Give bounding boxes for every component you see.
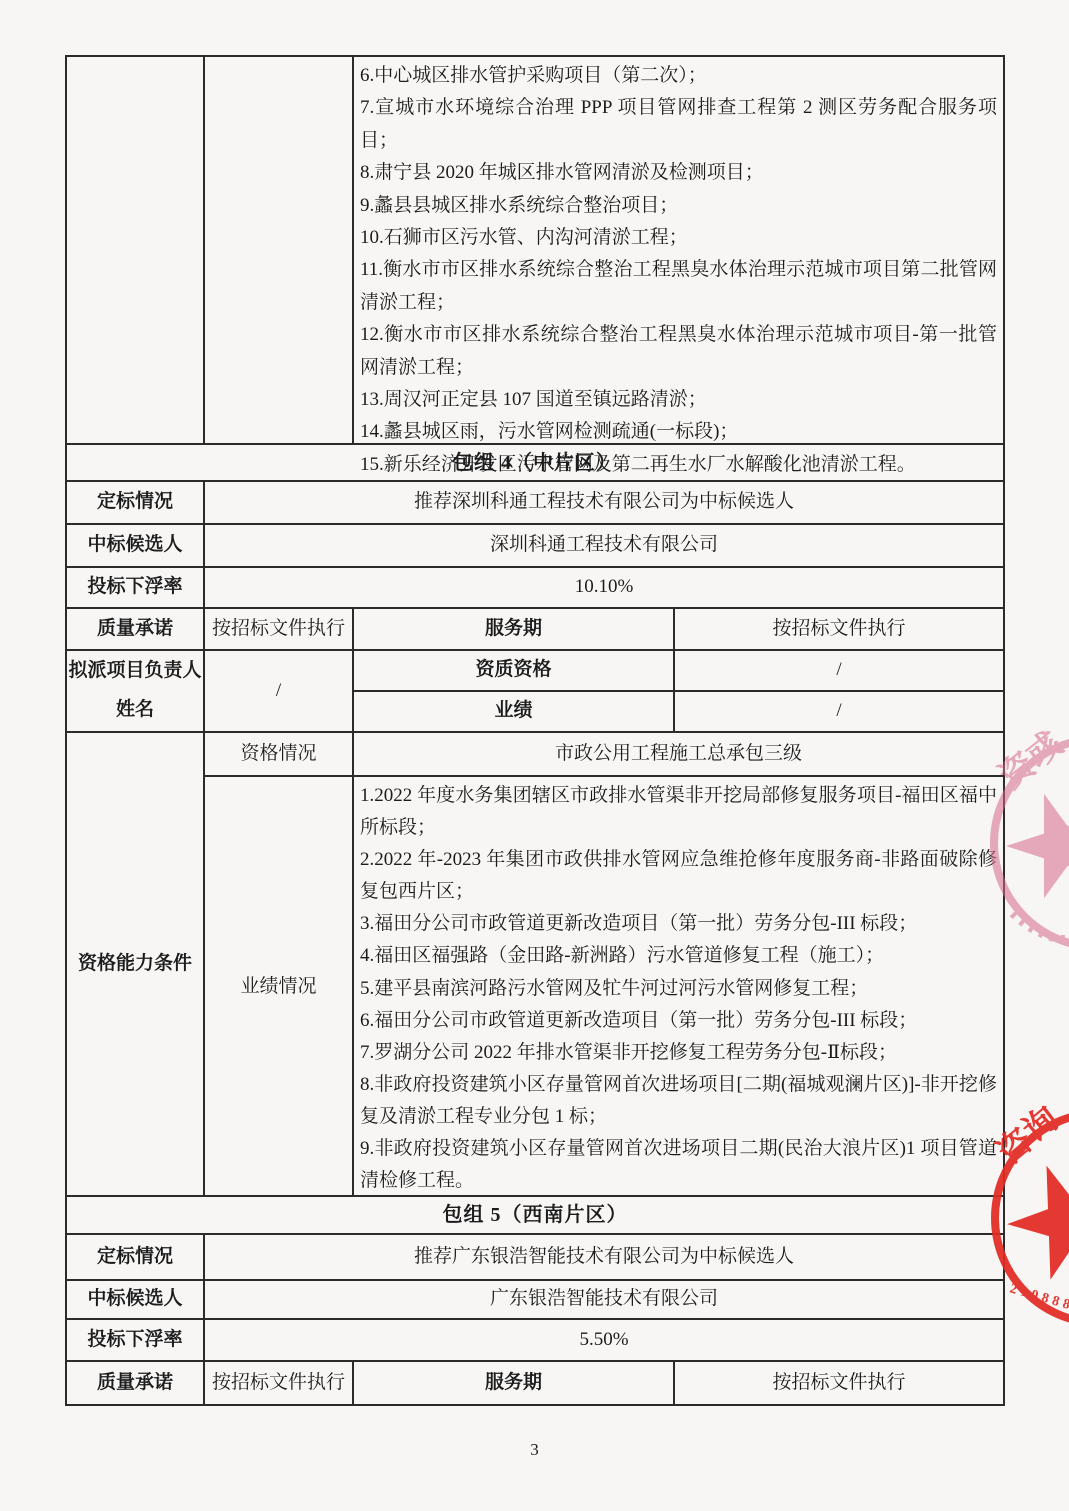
row-label: 定标情况 (67, 1235, 205, 1279)
row-label: 投标下浮率 (67, 1320, 205, 1360)
list-item: 1.2022 年度水务集团辖区市政排水管渠非开挖局部修复服务项目-福田区福中所标… (360, 780, 997, 844)
row-value: / (675, 651, 1003, 690)
table-row: 中标候选人 广东银浩智能技术有限公司 (67, 1281, 1003, 1320)
table-row: 6.中心城区排水管护采购项目（第二次）； 7.宣城市水环境综合治理 PPP 项目… (67, 57, 1003, 445)
seal-number: 210888 (1008, 1281, 1069, 1314)
table-row: 质量承诺 按招标文件执行 服务期 按招标文件执行 (67, 609, 1003, 651)
list-item: 9.非政府投资建筑小区存量管网首次进场项目二期(民治大浪片区)1 项目管道清检修… (360, 1133, 997, 1197)
row-value: 广东银浩智能技术有限公司 (205, 1281, 1003, 1318)
list-item: 7.宣城市水环境综合治理 PPP 项目管网排查工程第 2 测区劳务配合服务项目； (360, 92, 997, 157)
table-row: 投标下浮率 5.50% (67, 1320, 1003, 1362)
row-label: 拟派项目负责人姓名 (67, 651, 205, 731)
row-value: 5.50% (205, 1320, 1003, 1360)
row-value: 按招标文件执行 (675, 1362, 1003, 1404)
row-value: 推荐深圳科通工程技术有限公司为中标候选人 (205, 482, 1003, 523)
list-item: 8.非政府投资建筑小区存量管网首次进场项目[二期(福城观澜片区)]-非开挖修复及… (360, 1069, 997, 1133)
nested-rows: 资格情况 市政公用工程施工总承包三级 业绩情况 1.2022 年度水务集团辖区市… (205, 733, 1003, 1195)
row-sublabel: 资格情况 (205, 733, 354, 775)
row-value: 按招标文件执行 (205, 1362, 354, 1404)
list-item: 5.建平县南滨河路污水管网及牤牛河过河污水管网修复工程； (360, 973, 997, 1005)
list-item: 10.石狮市区污水管、内沟河清淤工程； (360, 222, 997, 254)
row-label: 中标候选人 (67, 1281, 205, 1318)
list-item: 2.2022 年-2023 年集团市政供排水管网应急维抢修年度服务商-非路面破除… (360, 844, 997, 908)
table-row: 中标候选人 深圳科通工程技术有限公司 (67, 525, 1003, 568)
list-item: 3.福田分公司市政管道更新改造项目（第一批）劳务分包-III 标段； (360, 908, 997, 940)
table-row: 定标情况 推荐深圳科通工程技术有限公司为中标候选人 (67, 482, 1003, 525)
list-item: 7.罗湖分公司 2022 年排水管渠非开挖修复工程劳务分包-Ⅱ标段； (360, 1037, 997, 1069)
table-row: 包组 4（中片区） (67, 445, 1003, 482)
row-label: 资格能力条件 (67, 733, 205, 1195)
table-row: 定标情况 推荐广东银浩智能技术有限公司为中标候选人 (67, 1235, 1003, 1281)
list-item: 14.蠡县城区雨，污水管网检测疏通(一标段)； (360, 416, 997, 448)
list-item: 12.衡水市市区排水系统综合整治工程黑臭水体治理示范城市项目-第一批管网清淤工程… (360, 319, 997, 384)
group4-header: 包组 4（中片区） (67, 445, 1003, 480)
row-label: 投标下浮率 (67, 568, 205, 607)
page-number: 3 (0, 1440, 1069, 1460)
row-label: 质量承诺 (67, 609, 205, 649)
list-item: 4.福田区福强路（金田路-新洲路）污水管道修复工程（施工）； (360, 940, 997, 972)
list-item: 13.周汉河正定县 107 国道至镇远路清淤； (360, 384, 997, 416)
table-row: 投标下浮率 10.10% (67, 568, 1003, 609)
table-row: 资质资格 / (354, 651, 1003, 692)
nested-rows: 资质资格 / 业绩 / (354, 651, 1003, 731)
table-row: 资格情况 市政公用工程施工总承包三级 (205, 733, 1003, 777)
row-label: 定标情况 (67, 482, 205, 523)
row-value: 按招标文件执行 (675, 609, 1003, 649)
table-row: 业绩 / (354, 692, 1003, 731)
list-item: 9.蠡县县城区排水系统综合整治项目； (360, 190, 997, 222)
bid-result-table: 6.中心城区排水管护采购项目（第二次）； 7.宣城市水环境综合治理 PPP 项目… (65, 55, 1005, 1406)
table-row: 拟派项目负责人姓名 / 资质资格 / 业绩 / (67, 651, 1003, 733)
row-value: / (205, 651, 354, 731)
document-page: 6.中心城区排水管护采购项目（第二次）； 7.宣城市水环境综合治理 PPP 项目… (0, 0, 1069, 1511)
empty-sublabel-cell (205, 57, 354, 443)
group5-header: 包组 5（西南片区） (67, 1197, 1003, 1233)
row-label: 质量承诺 (67, 1362, 205, 1404)
table-row: 业绩情况 1.2022 年度水务集团辖区市政排水管渠非开挖局部修复服务项目-福田… (205, 777, 1003, 1197)
star-icon (994, 778, 1069, 905)
empty-label-cell (67, 57, 205, 443)
table-row: 资格能力条件 资格情况 市政公用工程施工总承包三级 业绩情况 1.2022 年度… (67, 733, 1003, 1197)
row-label: 服务期 (354, 1362, 675, 1404)
row-value: 推荐广东银浩智能技术有限公司为中标候选人 (205, 1235, 1003, 1279)
row-label: 中标候选人 (67, 525, 205, 566)
row-value: 10.10% (205, 568, 1003, 607)
row-value: 深圳科通工程技术有限公司 (205, 525, 1003, 566)
row-label: 资质资格 (354, 651, 675, 690)
row-label: 服务期 (354, 609, 675, 649)
row-value: / (675, 692, 1003, 731)
list-item: 11.衡水市市区排水系统综合整治工程黑臭水体治理示范城市项目第二批管网清淤工程； (360, 254, 997, 319)
list-item: 6.福田分公司市政管道更新改造项目（第一批）劳务分包-III 标段； (360, 1005, 997, 1037)
row-value: 市政公用工程施工总承包三级 (354, 733, 1003, 775)
project-list: 6.中心城区排水管护采购项目（第二次）； 7.宣城市水环境综合治理 PPP 项目… (354, 57, 1003, 443)
table-row: 包组 5（西南片区） (67, 1197, 1003, 1235)
table-row: 质量承诺 按招标文件执行 服务期 按招标文件执行 (67, 1362, 1003, 1404)
list-item: 6.中心城区排水管护采购项目（第二次）； (360, 60, 997, 92)
row-sublabel: 业绩情况 (205, 777, 354, 1197)
row-value: 按招标文件执行 (205, 609, 354, 649)
list-item: 8.肃宁县 2020 年城区排水管网清淤及检测项目； (360, 157, 997, 189)
row-label: 业绩 (354, 692, 675, 731)
performance-list: 1.2022 年度水务集团辖区市政排水管渠非开挖局部修复服务项目-福田区福中所标… (354, 777, 1003, 1197)
